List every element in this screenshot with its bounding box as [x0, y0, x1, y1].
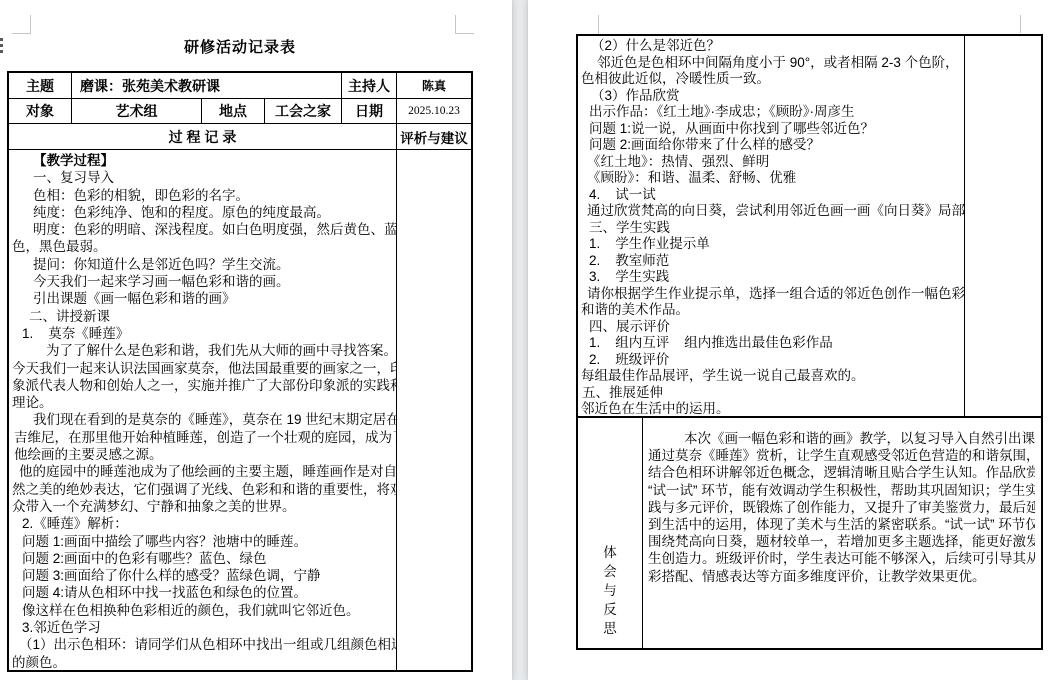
margin-mark-top-left-p2	[598, 15, 599, 34]
text-line: 二、讲授新课	[12, 308, 396, 325]
cell-date-label: 日期	[342, 99, 397, 123]
reflection-label-char: 思	[603, 619, 617, 638]
text-line: 和谐的美术作品。	[581, 302, 964, 319]
text-line: 彩搭配、情感表达等方面多维度评价，让教学效果更优。	[648, 568, 1035, 585]
page-1[interactable]: 研修活动记录表 主题 磨课：张苑美术教研课 主持人 陈真 对象 艺术组 地点 工…	[0, 0, 512, 680]
text-line: 《顾盼》：和谐、温柔、舒畅、优雅	[581, 170, 964, 187]
text-line: 为了了解什么是色彩和谐，我们先从大师的画中寻找答案。	[12, 342, 396, 359]
margin-mark-top-right-p2	[1020, 15, 1021, 33]
text-line: 我们现在看到的是莫奈的《睡莲》，莫奈在 19 世纪末期定居在	[12, 411, 396, 428]
text-line: 他绘画的主要灵感之源。	[12, 446, 396, 463]
text-line: 3.邻近色学习	[12, 619, 396, 636]
text-line: “试一试” 环节，能有效调动学生积极性，帮助其巩固知识；学生实	[648, 482, 1035, 499]
document-title: 研修活动记录表	[0, 36, 480, 57]
text-line: 然之美的绝妙表达，它们强调了光线、色彩和和谐的重要性，将观	[12, 481, 396, 498]
reflection-label-char: 会	[603, 562, 617, 581]
text-line: 问题 2:画面给你带来了什么样的感受？	[581, 137, 964, 154]
table-row-info: 对象 艺术组 地点 工会之家 日期 2025.10.23	[9, 99, 471, 124]
record-form-table: 主题 磨课：张苑美术教研课 主持人 陈真 对象 艺术组 地点 工会之家 日期 2…	[7, 71, 473, 672]
text-line: 1. 学生作业提示单	[581, 236, 964, 253]
text-line: 1. 莫奈《睡莲》	[12, 325, 396, 342]
drag-handle-dots[interactable]	[0, 38, 4, 56]
cell-topic-label: 主题	[9, 73, 72, 98]
text-line: 今天我们一起来学习画一幅色彩和谐的画。	[12, 273, 396, 290]
text-line: 五、推展延伸	[581, 385, 964, 402]
cell-review-header: 评析与建议	[397, 124, 471, 149]
text-line: 象派代表人物和创始人之一，实施并推广了大部份印象派的实践和	[12, 377, 396, 394]
cell-process-record-header: 过 程 记 录	[9, 124, 397, 149]
reflection-label-char: 反	[603, 600, 617, 619]
text-line: 四、展示评价	[581, 319, 964, 336]
text-line: 践与多元评价，既锻炼了创作能力，又提升了审美鉴赏力，最后延伸	[648, 499, 1035, 516]
text-line: 出示作品：《红土地》·李成忠；《顾盼》·周彦生	[581, 104, 964, 121]
text-line: 邻近色在生活中的运用。	[581, 401, 964, 416]
text-line: 吉维尼，在那里他开始种植睡莲，创造了一个壮观的庭园，成为了	[12, 429, 396, 446]
process-record-body-page1[interactable]: 【教学过程】一、复习导入色相：色彩的相貌，即色彩的名字。纯度：色彩纯净、饱和的程…	[9, 150, 397, 670]
cell-date-value: 2025.10.23	[397, 99, 471, 123]
text-line: 2. 班级评价	[581, 352, 964, 369]
review-column-page2[interactable]	[965, 36, 1041, 416]
reflection-label-char: 与	[603, 581, 617, 600]
text-line: （3）作品欣赏	[581, 88, 964, 105]
text-line: 3. 学生实践	[581, 269, 964, 286]
text-line: 邻近色是色相环中间隔角度小于 90°，或者相隔 2-3 个色阶，	[581, 55, 964, 72]
cell-location-value: 工会之家	[265, 99, 342, 123]
text-line: 一、复习导入	[12, 169, 396, 186]
text-line: 每组最佳作品展评，学生说一说自己最喜欢的。	[581, 368, 964, 385]
text-line: （1）出示色相环：请同学们从色相环中找出一组或几组颜色相近	[12, 636, 396, 653]
text-line: （2）什么是邻近色？	[581, 38, 964, 55]
document-workspace: 研修活动记录表 主题 磨课：张苑美术教研课 主持人 陈真 对象 艺术组 地点 工…	[0, 0, 1055, 680]
cell-target-label: 对象	[9, 99, 72, 123]
text-line: 4. 试一试	[581, 187, 964, 204]
reflection-text[interactable]: 本次《画一幅色彩和谐的画》教学，以复习导入自然引出课题，通过莫奈《睡莲》赏析，让…	[643, 418, 1041, 648]
table-row-topic: 主题 磨课：张苑美术教研课 主持人 陈真	[9, 73, 471, 99]
text-line: 生创造力。班级评价时，学生表达可能不够深入，后续可引导其从色	[648, 550, 1035, 567]
page-2[interactable]: （2）什么是邻近色？邻近色是色相环中间隔角度小于 90°，或者相隔 2-3 个色…	[528, 0, 1055, 680]
text-line: 【教学过程】	[12, 152, 396, 169]
text-line: 通过莫奈《睡莲》赏析，让学生直观感受邻近色营造的和谐氛围，再	[648, 447, 1035, 464]
cell-target-value: 艺术组	[72, 99, 202, 123]
text-line: 色，黑色最弱。	[12, 238, 396, 255]
text-line: 问题 3:画面给了你什么样的感受？蓝绿色调，宁静	[12, 567, 396, 584]
text-line: 围绕梵高向日葵，题材较单一，若增加更多主题选择，能更好激发学	[648, 533, 1035, 550]
table-row-body: 【教学过程】一、复习导入色相：色彩的相貌，即色彩的名字。纯度：色彩纯净、饱和的程…	[9, 150, 471, 670]
text-line: 色相：色彩的相貌，即色彩的名字。	[12, 187, 396, 204]
text-line: 问题 1:说一说，从画面中你找到了哪些邻近色？	[581, 121, 964, 138]
text-line: 请你根据学生作业提示单，选择一组合适的邻近色创作一幅色彩	[581, 286, 964, 303]
text-line: 他的庭园中的睡莲池成为了他绘画的主要主题，睡莲画作是对自	[12, 463, 396, 480]
process-record-body-page2[interactable]: （2）什么是邻近色？邻近色是色相环中间隔角度小于 90°，或者相隔 2-3 个色…	[578, 36, 965, 416]
text-line: 色相彼此近似，冷暖性质一致。	[581, 71, 964, 88]
reflection-section: 体会与反思 本次《画一幅色彩和谐的画》教学，以复习导入自然引出课题，通过莫奈《睡…	[576, 418, 1043, 650]
text-line: 《红土地》：热情、强烈、鲜明	[581, 154, 964, 171]
text-line: 今天我们一起来认识法国画家莫奈，他法国最重要的画家之一，印	[12, 360, 396, 377]
text-line: 2. 教室师范	[581, 253, 964, 270]
text-line: 2.《睡莲》解析：	[12, 515, 396, 532]
cell-host-label: 主持人	[342, 73, 397, 98]
review-column-page1[interactable]	[397, 150, 471, 670]
text-line: 到生活中的运用，体现了美术与生活的紧密联系。“试一试” 环节仅	[648, 516, 1035, 533]
margin-mark-top-left	[12, 15, 31, 34]
process-record-table-page2: （2）什么是邻近色？邻近色是色相环中间隔角度小于 90°，或者相隔 2-3 个色…	[576, 34, 1043, 418]
reflection-label-char: 体	[603, 543, 617, 562]
text-line: 通过欣赏梵高的向日葵，尝试利用邻近色画一画《向日葵》局部。	[581, 203, 964, 220]
text-line: 像这样在色相换种色彩相近的颜色，我们就叫它邻近色。	[12, 602, 396, 619]
text-line: 问题 1:画面中描绘了哪些内容？池塘中的睡莲。	[12, 533, 396, 550]
text-line: 1. 组内互评 组内推选出最佳色彩作品	[581, 335, 964, 352]
text-line: 明度：色彩的明暗、深浅程度。如白色明度强，然后黄色、蓝	[12, 221, 396, 238]
cell-host-value: 陈真	[397, 73, 471, 98]
text-line: 提问：你知道什么是邻近色吗？学生交流。	[12, 256, 396, 273]
text-line: 结合色相环讲解邻近色概念，逻辑清晰且贴合学生认知。作品欣赏与	[648, 464, 1035, 481]
text-line: 本次《画一幅色彩和谐的画》教学，以复习导入自然引出课题，	[648, 430, 1035, 447]
cell-location-label: 地点	[202, 99, 265, 123]
reflection-label-vertical: 体会与反思	[578, 418, 643, 648]
text-line: 理论。	[12, 394, 396, 411]
cell-topic-value: 磨课：张苑美术教研课	[72, 73, 342, 98]
text-line: 引出课题《画一幅色彩和谐的画》	[12, 290, 396, 307]
text-line: 问题 4:请从色相环中找一找蓝色和绿色的位置。	[12, 584, 396, 601]
text-line: 纯度：色彩纯净、饱和的程度。原色的纯度最高。	[12, 204, 396, 221]
table-row-section-headers: 过 程 记 录 评析与建议	[9, 124, 471, 150]
margin-mark-top-right	[455, 15, 474, 34]
text-line: 众带入一个充满梦幻、宁静和抽象之美的世界。	[12, 498, 396, 515]
text-line: 问题 2:画面中的色彩有哪些？蓝色、绿色	[12, 550, 396, 567]
text-line: 三、学生实践	[581, 220, 964, 237]
text-line: 的颜色。	[12, 654, 396, 670]
